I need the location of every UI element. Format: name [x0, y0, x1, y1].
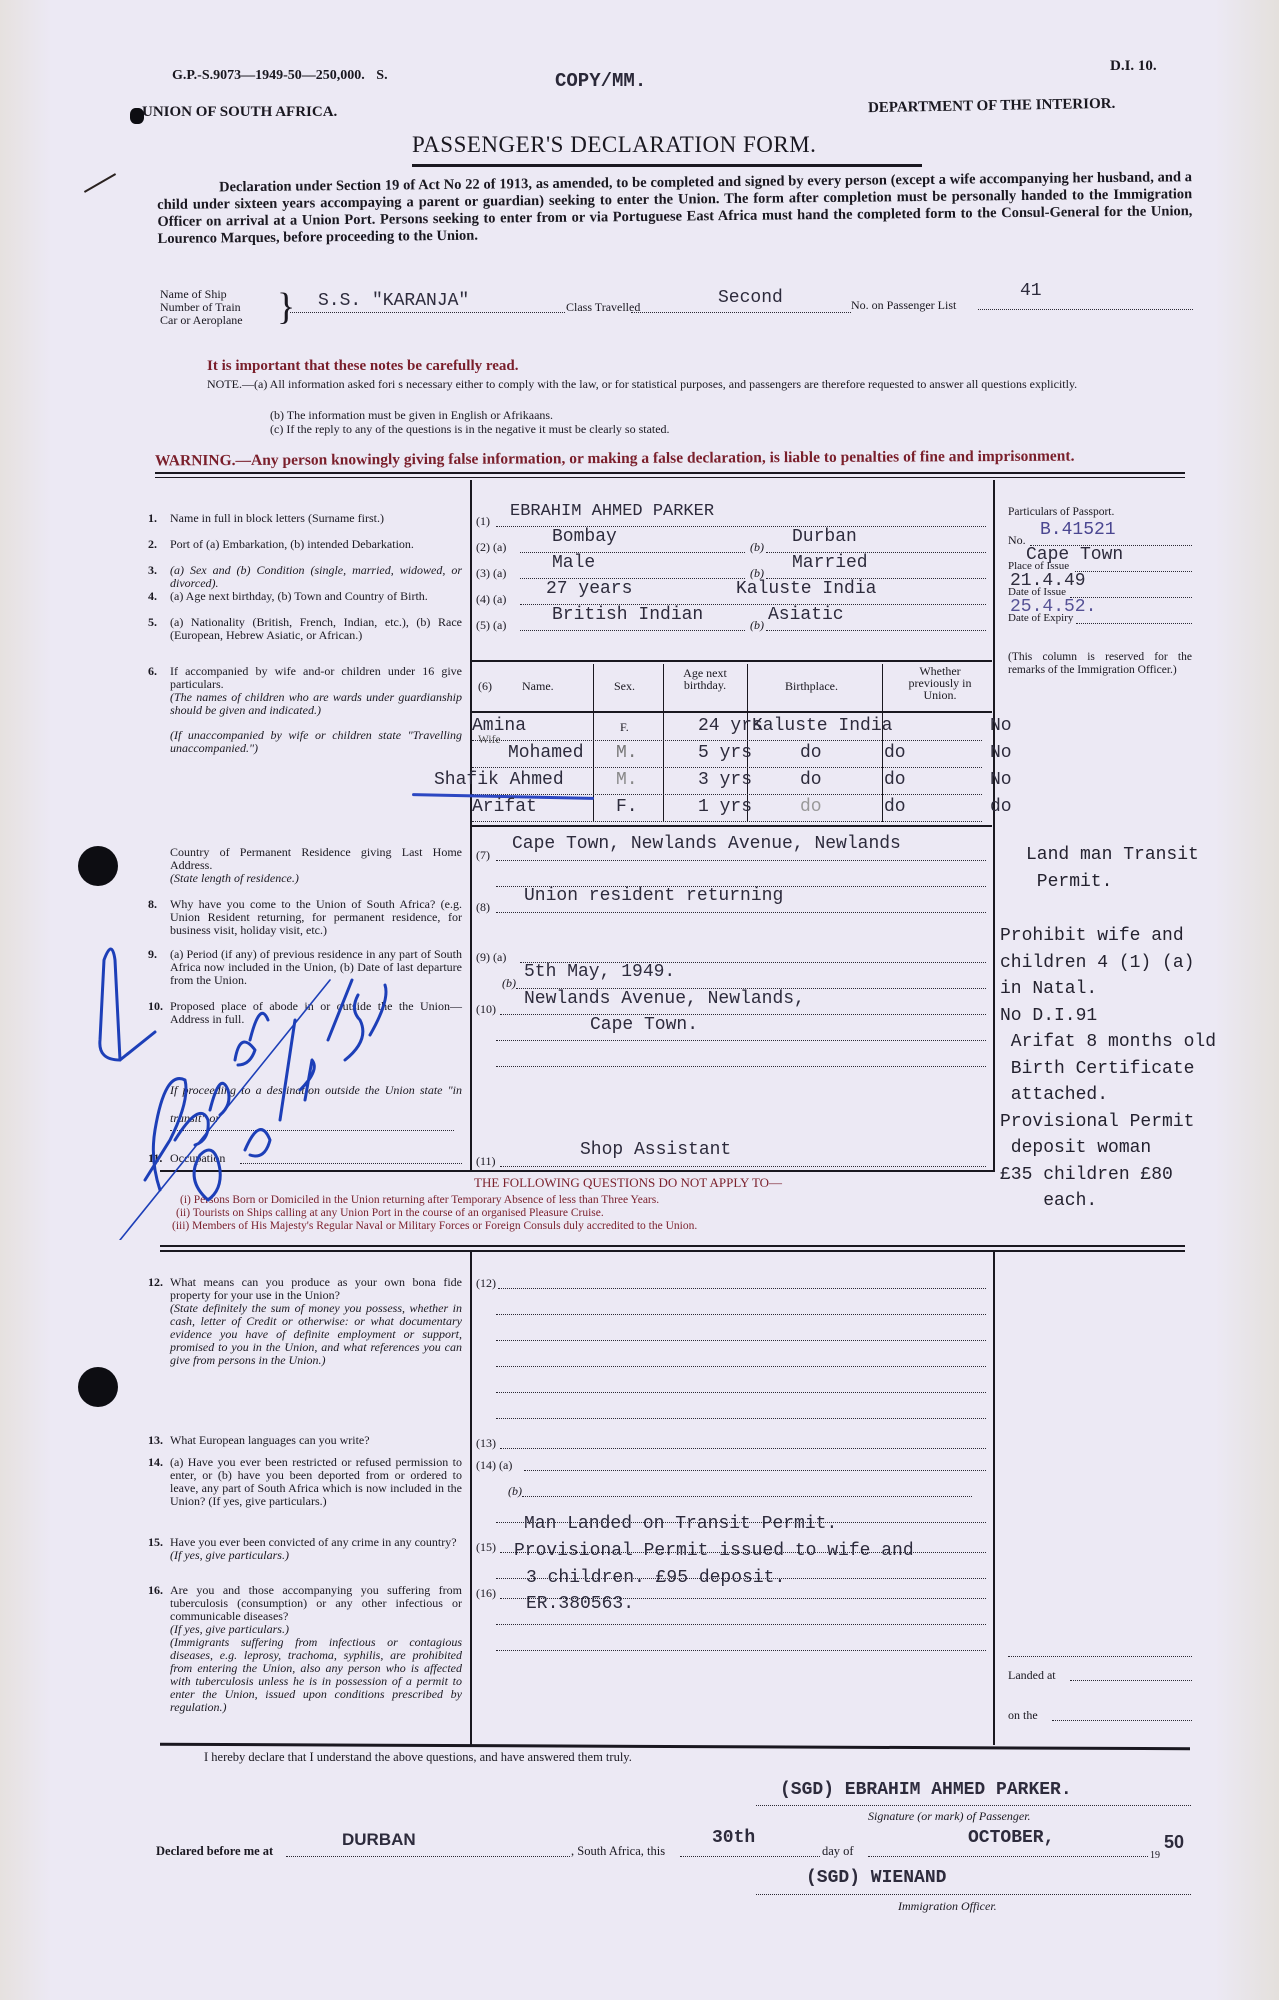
- question-14: 14.(a) Have you ever been restricted or …: [170, 1456, 462, 1508]
- family-header-rule: [472, 711, 992, 713]
- warning-rule-top: [155, 472, 1185, 474]
- family-row-1-sex: F.: [620, 720, 629, 735]
- question-15-note: (If yes, give particulars.): [170, 1549, 462, 1562]
- question-1-text: Name in full in block letters (Surname f…: [170, 511, 384, 525]
- family-row-2-sex: M.: [616, 743, 638, 763]
- question-4-text: (a) Age next birthday, (b) Town and Coun…: [170, 589, 428, 603]
- vessel-label: Name of Ship Number of Train Car or Aero…: [160, 288, 243, 327]
- family-header-num: (6): [478, 680, 492, 692]
- question-16-text: Are you and those accompanying you suffe…: [170, 1584, 462, 1623]
- answer-7-label: (7): [476, 848, 490, 863]
- declared-before-label: Declared before me at: [156, 1844, 273, 1859]
- answer-5a-line: [520, 630, 745, 631]
- question-8-num: 8.: [148, 898, 157, 911]
- day-of-label: day of: [822, 1844, 854, 1859]
- family-row-2-line: [472, 767, 982, 768]
- answer-10-label: (10): [476, 1002, 496, 1017]
- section-divider-2-top: [160, 1245, 1185, 1247]
- ship-name-line: [290, 312, 565, 313]
- family-row-4-birthplace: do: [800, 797, 822, 817]
- passenger-list-label: No. on Passenger List: [851, 298, 956, 313]
- passport-no-value: B.41521: [1040, 520, 1116, 540]
- landed-at-label: Landed at: [1008, 1668, 1056, 1683]
- passport-expiry-line: [1076, 623, 1192, 624]
- punch-hole-top: [78, 846, 118, 886]
- answer-12-line-6: [496, 1418, 986, 1419]
- notes-heading: It is important that these notes be care…: [207, 358, 519, 375]
- family-col-divider-2: [663, 664, 664, 822]
- question-5: 5.(a) Nationality (British, French, Indi…: [170, 616, 462, 642]
- answer-10-line-3: [496, 1066, 986, 1067]
- year-prefix: 19: [1150, 1850, 1160, 1861]
- family-row-1-previous: No: [990, 716, 1012, 736]
- officer-signature: (SGD) WIENAND: [806, 1868, 946, 1888]
- answer-9b-departure-date: 5th May, 1949.: [524, 962, 675, 982]
- answer-5b-race: Asiatic: [768, 605, 844, 625]
- answer-4a-age: 27 years: [546, 579, 632, 599]
- family-row-3-age: 3 yrs: [698, 770, 752, 790]
- declared-day: 30th: [712, 1828, 755, 1848]
- family-row-2-previous: do: [884, 743, 906, 763]
- answer-4a-label: (4) (a): [476, 592, 506, 607]
- print-code: G.P.-S.9073—1949-50—250,000. S.: [172, 68, 388, 84]
- question-6-num: 6.: [148, 665, 157, 678]
- answer-14b-label: (b): [508, 1484, 522, 1499]
- officer-signature-line: [756, 1894, 1191, 1895]
- family-row-2-extra: No: [990, 743, 1012, 763]
- answer-15-label: (15): [476, 1540, 496, 1555]
- answer-8-reason: Union resident returning: [524, 886, 783, 906]
- answer-10-address-line1: Newlands Avenue, Newlands,: [524, 989, 805, 1009]
- question-5-text: (a) Nationality (British, French, Indian…: [170, 615, 462, 642]
- note-c: (c) If the reply to any of the questions…: [270, 422, 670, 437]
- question-6-text: If accompanied by wife and-or children u…: [170, 665, 462, 691]
- passport-expiry-label: Date of Expiry: [1008, 612, 1073, 624]
- on-the-label: on the: [1008, 1708, 1038, 1723]
- class-label: Class Travelled: [566, 300, 640, 315]
- question-1: 1.Name in full in block letters (Surname…: [170, 512, 462, 525]
- question-12: 12. What means can you produce as your o…: [170, 1276, 462, 1367]
- question-16: 16. Are you and those accompanying you s…: [170, 1584, 462, 1714]
- family-row-4-age: 1 yrs: [698, 797, 752, 817]
- country-title: UNION OF SOUTH AFRICA.: [142, 104, 337, 121]
- section-divider-2-bottom: [160, 1250, 1185, 1252]
- answer-15-remark-1: Man Landed on Transit Permit.: [524, 1514, 837, 1534]
- answer-16-line-3: [496, 1650, 986, 1651]
- answer-8-line: [496, 912, 986, 913]
- answer-12-line-5: [496, 1392, 986, 1393]
- family-header-sex: Sex.: [614, 680, 635, 692]
- lower-column-divider-right: [993, 1252, 995, 1745]
- question-6-unaccompanied-note: (If unaccompanied by wife or children st…: [170, 729, 462, 755]
- question-16-num: 16.: [148, 1584, 163, 1597]
- family-row-2-name: Mohamed: [508, 743, 584, 763]
- answer-14a-label: (14) (a): [476, 1458, 512, 1473]
- family-row-4-previous: do: [884, 797, 906, 817]
- lower-column-divider-left: [470, 1252, 472, 1745]
- copy-stamp: COPY/MM.: [555, 70, 646, 92]
- question-8: 8.Why have you come to the Union of Sout…: [170, 898, 462, 937]
- passenger-list-line: [978, 309, 1193, 310]
- question-3: 3.(a) Sex and (b) Condition (single, mar…: [170, 564, 462, 590]
- warning-rule-bottom: [155, 477, 1185, 478]
- family-row-1-birthplace: Kaluste India: [752, 716, 892, 736]
- family-row-3-name: Shafik Ahmed: [434, 770, 564, 790]
- question-15-num: 15.: [148, 1536, 163, 1549]
- question-7: Country of Permanent Residence giving La…: [170, 846, 462, 885]
- family-row-2-birthplace: do: [800, 743, 822, 763]
- officer-remark-prohibit: Prohibit wife and children 4 (1) (a) in …: [1000, 923, 1216, 1215]
- answer-13-line: [500, 1448, 986, 1449]
- declared-place-line: [286, 1856, 570, 1857]
- answer-5a-label: (5) (a): [476, 618, 506, 633]
- answer-16-line-2: [496, 1624, 986, 1625]
- ink-mark: [84, 173, 116, 193]
- ship-name-value: S.S. "KARANJA": [318, 291, 469, 311]
- on-the-line: [1052, 1720, 1192, 1721]
- question-6-wards-note: (The names of children who are wards und…: [170, 691, 462, 717]
- family-col-divider-4: [882, 664, 883, 822]
- question-4: 4.(a) Age next birthday, (b) Town and Co…: [170, 590, 462, 603]
- answer-12-label: (12): [476, 1276, 496, 1291]
- answer-10-line-2: [496, 1040, 986, 1041]
- exemptions-heading: THE FOLLOWING QUESTIONS DO NOT APPLY TO—: [474, 1175, 782, 1191]
- question-7-text: Country of Permanent Residence giving La…: [170, 846, 462, 872]
- question-12-num: 12.: [148, 1276, 163, 1289]
- question-13-text: What European languages can you write?: [170, 1433, 370, 1447]
- answer-11-label: (11): [476, 1154, 496, 1169]
- family-row-4-sex: F.: [616, 797, 638, 817]
- answer-16-label: (16): [476, 1586, 496, 1601]
- family-header-birthplace: Birthplace.: [785, 680, 838, 692]
- answer-12-line-2: [496, 1314, 986, 1315]
- class-value: Second: [718, 288, 783, 308]
- answer-3a-sex: Male: [552, 553, 595, 573]
- question-8-text: Why have you come to the Union of South …: [170, 897, 462, 937]
- question-12-text: What means can you produce as your own b…: [170, 1276, 462, 1302]
- question-7-note: (State length of residence.): [170, 872, 462, 885]
- family-row-1-line: [472, 740, 982, 741]
- answer-16-reference: ER.380563.: [526, 1594, 634, 1614]
- declared-day-line: [680, 1856, 820, 1857]
- vessel-label-aeroplane: Car or Aeroplane: [160, 314, 243, 327]
- question-2-text: Port of (a) Embarkation, (b) intended De…: [170, 537, 414, 551]
- family-row-3-sex: M.: [616, 770, 638, 790]
- passport-heading: Particulars of Passport.: [1008, 506, 1114, 519]
- declared-place: DURBAN: [342, 1830, 416, 1850]
- south-africa-label: , South Africa, this: [571, 1844, 665, 1859]
- declared-month-line: [868, 1856, 1148, 1857]
- family-row-3-line: [472, 794, 982, 795]
- answer-15-remark-3: 3 children. £95 deposit.: [526, 1568, 785, 1588]
- question-13: 13.What European languages can you write…: [170, 1434, 462, 1447]
- question-2-num: 2.: [148, 538, 157, 551]
- column-divider-right: [993, 480, 995, 1170]
- passenger-list-value: 41: [1020, 281, 1042, 301]
- question-12-note: (State definitely the sum of money you p…: [170, 1302, 462, 1367]
- family-row-1-name: Amina: [472, 716, 526, 736]
- officer-signature-label: Immigration Officer.: [898, 1899, 997, 1914]
- answer-2a-embarkation: Bombay: [552, 527, 617, 547]
- question-14-num: 14.: [148, 1456, 163, 1469]
- passenger-signature-label: Signature (or mark) of Passenger.: [868, 1809, 1031, 1824]
- declaration-form-page: G.P.-S.9073—1949-50—250,000. S. COPY/MM.…: [0, 0, 1279, 2000]
- class-line: [631, 312, 851, 313]
- landed-at-line: [1070, 1680, 1192, 1681]
- family-row-4-extra: do: [990, 797, 1012, 817]
- punch-hole-bottom: [78, 1367, 118, 1407]
- answer-7-residence: Cape Town, Newlands Avenue, Newlands: [512, 834, 901, 854]
- family-table-bottom-rule: [472, 825, 992, 827]
- department-title: DEPARTMENT OF THE INTERIOR.: [868, 96, 1116, 117]
- answer-5a-nationality: British Indian: [552, 605, 703, 625]
- answer-10-line: [500, 1014, 986, 1015]
- answer-2b-debarkation: Durban: [792, 527, 857, 547]
- question-6: 6. If accompanied by wife and-or childre…: [170, 665, 462, 755]
- warning-text: WARNING.—Any person knowingly giving fal…: [155, 448, 1075, 471]
- question-15: 15. Have you ever been convicted of any …: [170, 1536, 462, 1562]
- family-header-previous: Whether previously in Union.: [900, 665, 980, 701]
- answer-1-label: (1): [476, 514, 490, 529]
- family-row-4-line: [472, 821, 982, 822]
- remarks-line: [1008, 1656, 1192, 1657]
- print-code-text: G.P.-S.9073—1949-50—250,000.: [172, 68, 365, 83]
- question-5-num: 5.: [148, 616, 157, 629]
- page-title: PASSENGER'S DECLARATION FORM.: [412, 132, 816, 158]
- reserved-column-note: (This column is reserved for the remarks…: [1008, 651, 1192, 677]
- title-underline: [412, 164, 922, 167]
- answer-2a-label: (2) (a): [476, 540, 506, 555]
- passenger-signature: (SGD) EBRAHIM AHMED PARKER.: [780, 1780, 1072, 1800]
- question-3-num: 3.: [148, 564, 157, 577]
- form-code: D.I. 10.: [1110, 58, 1157, 75]
- answer-1-name: EBRAHIM AHMED PARKER: [510, 502, 714, 521]
- question-14-text: (a) Have you ever been restricted or ref…: [170, 1455, 462, 1508]
- question-1-num: 1.: [148, 512, 157, 525]
- answer-9b-label: (b): [502, 976, 516, 991]
- answer-9a-label: (9) (a): [476, 950, 506, 965]
- family-row-4-name: Arifat: [472, 797, 537, 817]
- question-3-text: (a) Sex and (b) Condition (single, marri…: [170, 563, 462, 590]
- print-suffix: S.: [376, 68, 387, 83]
- handwritten-annotation: [90, 940, 450, 1240]
- note-a: NOTE.—(a) All information asked fori s n…: [207, 378, 1192, 391]
- vessel-brace: }: [277, 288, 295, 326]
- answer-12-line-1: [498, 1288, 986, 1289]
- declared-year: 50: [1164, 1832, 1184, 1853]
- question-16-immigrants-note: (Immigrants suffering from infectious or…: [170, 1636, 462, 1714]
- answer-11-line: [500, 1166, 986, 1167]
- ink-blot: [130, 108, 144, 124]
- family-row-3-birthplace: do: [800, 770, 822, 790]
- officer-remark-transit: Land man Transit Permit.: [1026, 842, 1199, 895]
- answer-15-remark-2: Provisional Permit issued to wife and: [514, 1541, 914, 1561]
- family-row-2-age: 5 yrs: [698, 743, 752, 763]
- answer-7-line: [496, 860, 986, 861]
- answer-13-label: (13): [476, 1436, 496, 1451]
- answer-12-line-3: [496, 1340, 986, 1341]
- family-header-age: Age next birthday.: [675, 667, 735, 691]
- declaration-divider: [160, 1743, 1190, 1750]
- answer-11-occupation: Shop Assistant: [580, 1140, 731, 1160]
- family-header-name: Name.: [522, 680, 554, 692]
- question-13-num: 13.: [148, 1434, 163, 1447]
- passport-no-label: No.: [1008, 533, 1026, 548]
- note-b: (b) The information must be given in Eng…: [270, 408, 553, 423]
- passport-place-line: [1075, 571, 1192, 572]
- answer-10-address-line2: Cape Town.: [590, 1015, 698, 1035]
- family-row-3-extra: No: [990, 770, 1012, 790]
- answer-14a-line: [524, 1470, 986, 1471]
- family-table-top-rule: [472, 660, 992, 662]
- answer-5b-line: [766, 630, 986, 631]
- declaration-statement: I hereby declare that I understand the a…: [204, 1750, 632, 1765]
- family-row-3-previous: do: [884, 770, 906, 790]
- answer-12-line-4: [496, 1366, 986, 1367]
- answer-14b-line: [522, 1496, 972, 1497]
- question-2: 2.Port of (a) Embarkation, (b) intended …: [170, 538, 462, 551]
- answer-2b-label: (b): [750, 540, 764, 555]
- passenger-signature-line: [756, 1805, 1191, 1806]
- question-4-num: 4.: [148, 590, 157, 603]
- answer-8-label: (8): [476, 900, 490, 915]
- answer-3a-label: (3) (a): [476, 566, 506, 581]
- answer-5b-label: (b): [750, 618, 764, 633]
- declared-month: OCTOBER,: [968, 1828, 1054, 1848]
- answer-4b-birthplace: Kaluste India: [736, 579, 876, 599]
- intro-paragraph: Declaration under Section 19 of Act No 2…: [157, 169, 1193, 248]
- answer-3b-condition: Married: [792, 553, 868, 573]
